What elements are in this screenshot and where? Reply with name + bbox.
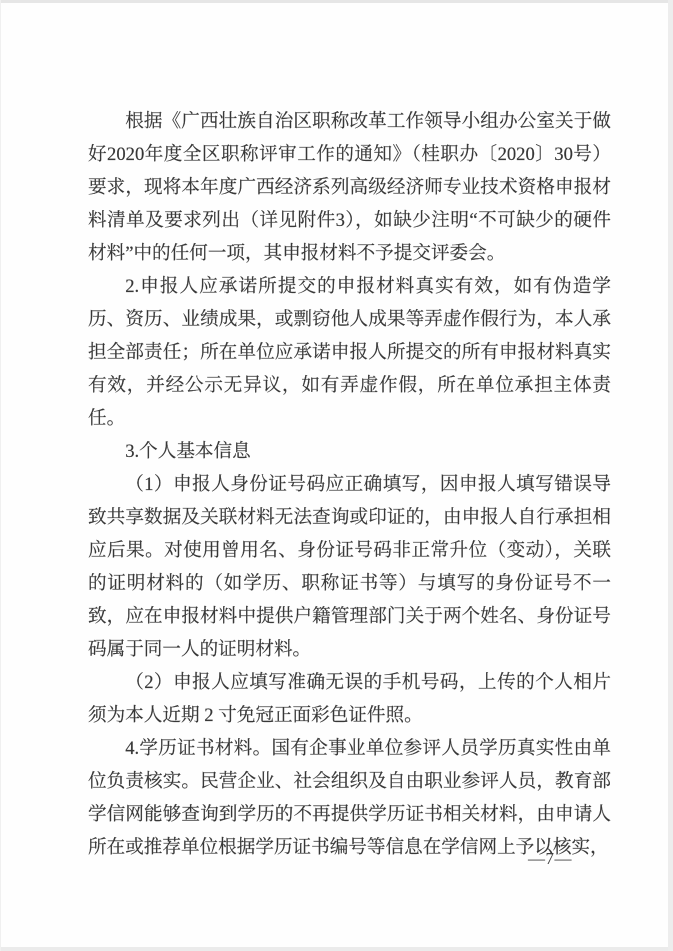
body-text: 根据《广西壮族自治区职称改革工作领导小组办公室关于做好2020年度全区职称评审工… — [88, 105, 611, 864]
paragraph-item-3-sub-1: （1）申报人身份证号码应正确填写，因申报人填写错误导致共享数据及关联材料无法查询… — [88, 468, 611, 666]
paragraph-item-4: 4.学历证书材料。国有企事业单位参评人员学历真实性由单位负责核实。民营企业、社会… — [88, 732, 611, 864]
paragraph-item-3-heading: 3.个人基本信息 — [88, 435, 611, 468]
document-page: 根据《广西壮族自治区职称改革工作领导小组办公室关于做好2020年度全区职称评审工… — [0, 0, 673, 951]
paragraph-intro: 根据《广西壮族自治区职称改革工作领导小组办公室关于做好2020年度全区职称评审工… — [88, 105, 611, 270]
page-number: —7— — [528, 849, 572, 869]
scan-edge-left — [0, 0, 1, 951]
scan-edge-bottom — [0, 947, 668, 951]
scan-edge-right — [668, 0, 673, 951]
paragraph-item-2: 2.申报人应承诺所提交的申报材料真实有效，如有伪造学历、资历、业绩成果，或剽窃他… — [88, 270, 611, 435]
paragraph-item-3-sub-2: （2）申报人应填写准确无误的手机号码，上传的个人相片须为本人近期 2 寸免冠正面… — [88, 666, 611, 732]
scan-edge-top — [0, 0, 673, 3]
